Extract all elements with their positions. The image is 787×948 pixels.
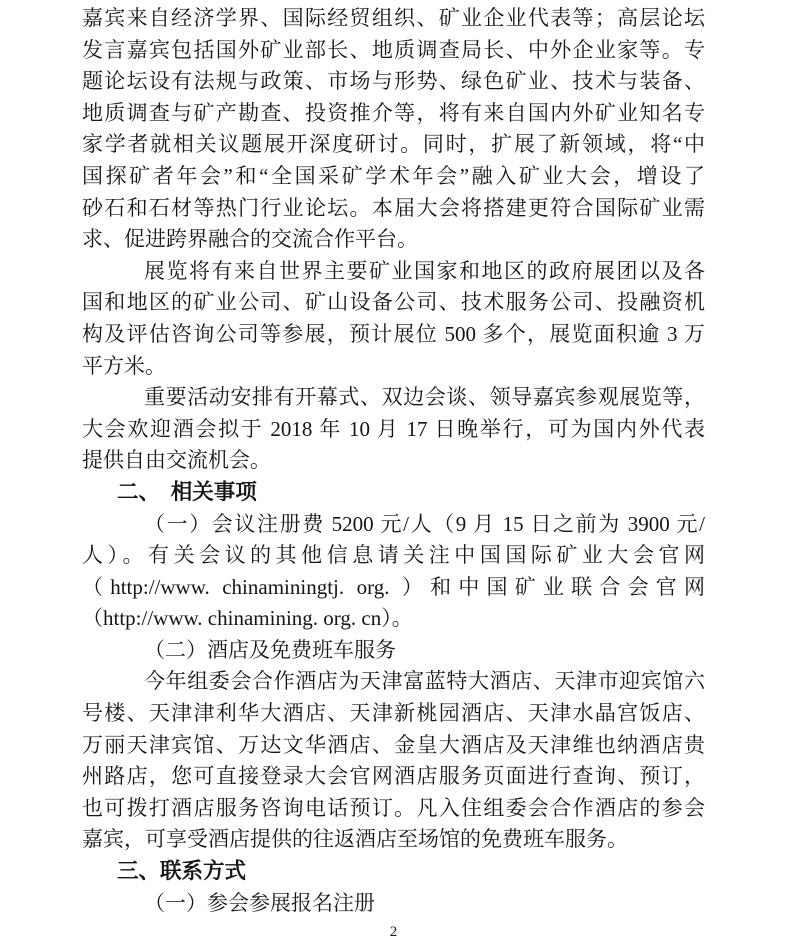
paragraph-line: 地质调查与矿产勘查、投资推介等，将有来自国内外矿业知名专 [82,98,705,130]
paragraph-line: 万丽天津宾馆、万达文华酒店、金皇大酒店及天津维也纳酒店贵 [82,730,705,762]
paragraph-line: 也可拨打酒店服务咨询电话预订。凡入住组委会合作酒店的参会 [82,793,705,825]
subsection-hotel-shuttle: （二）酒店及免费班车服务 [82,635,705,667]
paragraph-line: 平方米。 [82,351,705,383]
conference-website-url-line: （http://www. chinaminingtj. org. ）和中国矿业联… [82,572,705,604]
paragraph-line: 题论坛设有法规与政策、市场与形势、绿色矿业、技术与装备、 [82,66,705,98]
paragraph-line: 构及评估咨询公司等参展，预计展位 500 多个，展览面积逾 3 万 [82,319,705,351]
paragraph-line: 提供自由交流机会。 [82,445,705,477]
paragraph-line: 重要活动安排有开幕式、双边会谈、领导嘉宾参观展览等， [82,382,705,414]
paragraph-line: 号楼、天津津利华大酒店、天津新桃园酒店、天津水晶宫饭店、 [82,698,705,730]
paragraph-line: 家学者就相关议题展开深度研讨。同时，扩展了新领域，将“中 [82,129,705,161]
subsection-registration: （一）参会参展报名注册 [82,888,705,920]
association-website-url-line: （http://www. chinamining. org. cn）。 [82,603,705,635]
paragraph-line: 今年组委会合作酒店为天津富蓝特大酒店、天津市迎宾馆六 [82,666,705,698]
paragraph-line: 人）。有关会议的其他信息请关注中国国际矿业大会官网 [82,540,705,572]
page-number: 2 [0,921,787,943]
paragraph-line: 州路店，您可直接登录大会官网酒店服务页面进行查询、预订， [82,761,705,793]
document-body: 嘉宾来自经济学界、国际经贸组织、矿业企业代表等；高层论坛 发言嘉宾包括国外矿业部… [82,3,705,919]
paragraph-line: 嘉宾来自经济学界、国际经贸组织、矿业企业代表等；高层论坛 [82,3,705,35]
paragraph-line: 嘉宾，可享受酒店提供的往返酒店至场馆的免费班车服务。 [82,824,705,856]
section-heading-related-matters: 二、 相关事项 [82,477,705,509]
paragraph-line: 发言嘉宾包括国外矿业部长、地质调查局长、中外企业家等。专 [82,35,705,67]
paragraph-line: （一）会议注册费 5200 元/人（9 月 15 日之前为 3900 元/ [82,509,705,541]
paragraph-line: 国和地区的矿业公司、矿山设备公司、技术服务公司、投融资机 [82,287,705,319]
paragraph-line: 求、促进跨界融合的交流合作平台。 [82,224,705,256]
document-page: 嘉宾来自经济学界、国际经贸组织、矿业企业代表等；高层论坛 发言嘉宾包括国外矿业部… [0,0,787,948]
paragraph-line: 展览将有来自世界主要矿业国家和地区的政府展团以及各 [82,256,705,288]
paragraph-line: 国探矿者年会”和“全国采矿学术年会”融入矿业大会，增设了 [82,161,705,193]
paragraph-line: 大会欢迎酒会拟于 2018 年 10 月 17 日晚举行，可为国内外代表 [82,414,705,446]
paragraph-line: 砂石和石材等热门行业论坛。本届大会将搭建更符合国际矿业需 [82,193,705,225]
section-heading-contact: 三、联系方式 [82,856,705,888]
